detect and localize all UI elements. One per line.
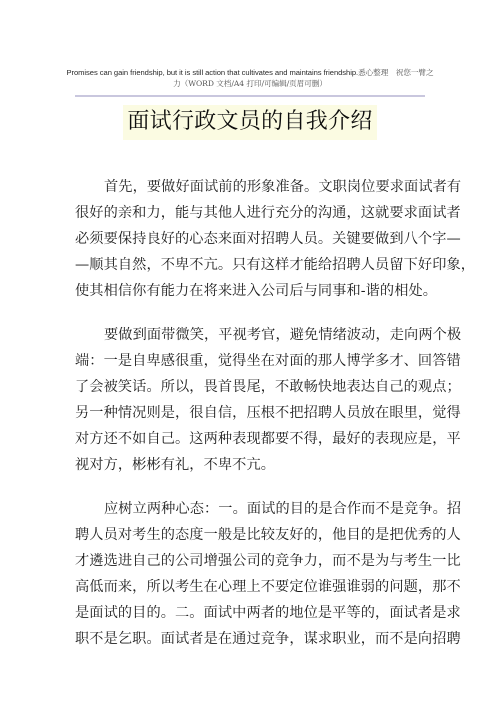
header-chinese-line1: 悉心整理 祝您一臂之 (358, 68, 433, 77)
text-line: 是面试的目的。二。面试中两者的地位是平等的，面试者是求 (75, 600, 425, 626)
title-container: 面试行政文员的自我介绍 (0, 105, 500, 140)
text-line: 高低而来，所以考生在心理上不要定位谁强谁弱的问题，那不 (75, 574, 425, 600)
header-chinese-line2: 力（WORD 文档/A4 打印/可编辑/页眉可删） (173, 79, 327, 88)
text-line: 才遴选进自己的公司增强公司的竞争力，而不是为与考生一比 (75, 548, 425, 574)
text-line: 首先，要做好面试前的形象准备。文职岗位要求面试者有 (75, 174, 425, 200)
paragraph-3: 应树立两种心态：一。面试的目的是合作而不是竞争。招 聘人员对考生的态度一般是比较… (75, 496, 425, 652)
document-title: 面试行政文员的自我介绍 (123, 105, 376, 140)
paragraph-2: 要做到面带微笑，平视考官，避免情绪波动，走向两个极 端：一是自卑感很重，觉得坐在… (75, 322, 425, 478)
page-header: Promises can gain friendship, but it is … (62, 67, 438, 89)
header-english-quote: Promises can gain friendship, but it is … (66, 68, 358, 77)
paragraph-1: 首先，要做好面试前的形象准备。文职岗位要求面试者有 很好的亲和力，能与其他人进行… (75, 174, 425, 304)
text-line: 应树立两种心态：一。面试的目的是合作而不是竞争。招 (75, 496, 425, 522)
text-line: 必须要保持良好的心态来面对招聘人员。关键要做到八个字— (75, 226, 425, 252)
text-line: 要做到面带微笑，平视考官，避免情绪波动，走向两个极 (75, 322, 425, 348)
text-line: 了会被笑话。所以，畏首畏尾，不敢畅快地表达自己的观点； (75, 374, 425, 400)
header-divider (75, 95, 425, 97)
text-line: 使其相信你有能力在将来进入公司后与同事和-谐的相处。 (75, 278, 425, 304)
text-line: —顺其自然，不卑不亢。只有这样才能给招聘人员留下好印象， (75, 252, 425, 278)
text-line: 职不是乞职。面试者是在通过竞争，谋求职业，而不是向招聘 (75, 626, 425, 652)
text-line: 很好的亲和力，能与其他人进行充分的沟通，这就要求面试者 (75, 200, 425, 226)
text-line: 对方还不如自己。这两种表现都要不得，最好的表现应是，平 (75, 426, 425, 452)
document-body: 首先，要做好面试前的形象准备。文职岗位要求面试者有 很好的亲和力，能与其他人进行… (75, 174, 425, 670)
text-line: 另一种情况则是，很自信，压根不把招聘人员放在眼里，觉得 (75, 400, 425, 426)
text-line: 聘人员对考生的态度一般是比较友好的，他目的是把优秀的人 (75, 522, 425, 548)
text-line: 端：一是自卑感很重，觉得坐在对面的那人博学多才、回答错 (75, 348, 425, 374)
text-line: 视对方，彬彬有礼，不卑不亢。 (75, 452, 425, 478)
